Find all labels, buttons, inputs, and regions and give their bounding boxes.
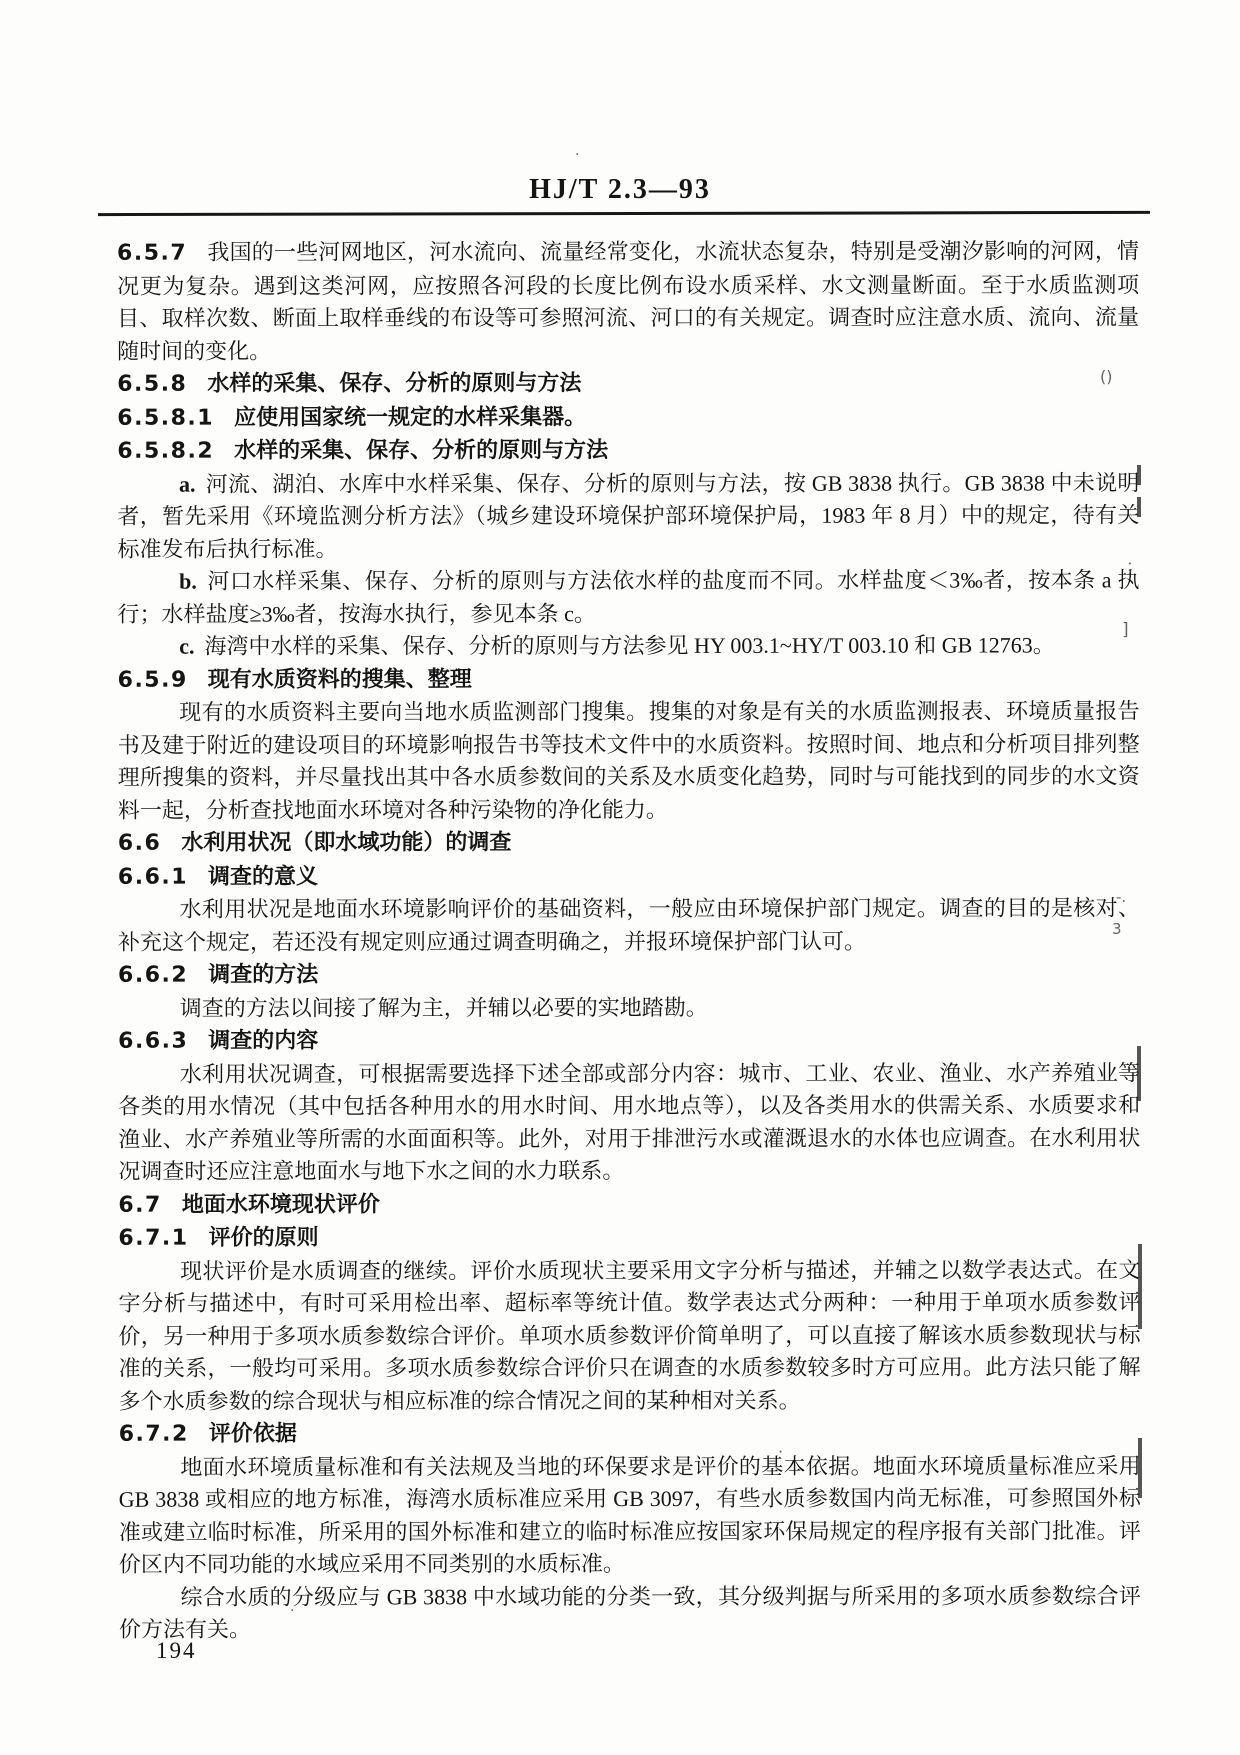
clause-block: 6.7.2评价依据 <box>119 1416 1141 1451</box>
block-text: 地面水环境现状评价 <box>182 1191 380 1216</box>
block-text: 海湾中水样的采集、保存、分析的原则与方法参见 HY 003.1~HY/T 003… <box>204 632 1054 658</box>
scan-edge-bleed <box>1137 465 1141 485</box>
clause-block: 6.5.8.2水样的采集、保存、分析的原则与方法 <box>117 433 1139 468</box>
clause-number: 6.7.2 <box>119 1422 189 1447</box>
scan-edge-bleed <box>1138 1244 1142 1329</box>
paragraph: 调查的方法以间接了解为主，并辅以必要的实地踏勘。 <box>118 991 1140 1025</box>
paragraph: 现状评价是水质调查的继续。评价水质现状主要采用文字分析与描述，并辅之以数学表达式… <box>118 1254 1140 1418</box>
scan-artifact: · <box>575 148 579 162</box>
block-text: 我国的一些河网地区，河水流向、流量经常变化，水流状态复杂，特别是受潮汐影响的河网… <box>117 238 1139 363</box>
block-text: 调查的方法 <box>208 961 318 986</box>
block-text: 河流、湖泊、水库中水样采集、保存、分析的原则与方法，按 GB 3838 执行。G… <box>117 470 1139 561</box>
block-text: 水样的采集、保存、分析的原则与方法 <box>234 437 608 463</box>
block-text: 水样的采集、保存、分析的原则与方法 <box>207 370 581 396</box>
block-text: 综合水质的分级应与 GB 3838 中水域功能的分类一致，其分级判据与所采用的多… <box>119 1583 1141 1642</box>
block-text: 现有的水质资料主要向当地水质监测部门搜集。搜集的对象是有关的水质监测报表、环境质… <box>118 698 1140 822</box>
clause-block: 6.7.1评价的原则 <box>118 1220 1140 1255</box>
clause-number: 6.7.1 <box>118 1226 188 1251</box>
clause-block: 6.6.3调查的内容 <box>118 1023 1140 1058</box>
clause-block: 6.6.1调查的意义 <box>118 859 1140 894</box>
clause-block: 6.6水利用状况（即水域功能）的调查 <box>118 825 1140 860</box>
clause-number: 6.5.9 <box>118 667 188 692</box>
scan-artifact: ； <box>1126 559 1143 576</box>
block-text: 应使用国家统一规定的水样采集器。 <box>234 404 586 429</box>
block-text: 现有水质资料的搜集、整理 <box>208 666 472 691</box>
list-item: c.海湾中水样的采集、保存、分析的原则与方法参见 HY 003.1~HY/T 0… <box>118 629 1140 663</box>
block-text: 水利用状况调查，可根据需要选择下述全部或部分内容：城市、工业、农业、渔业、水产养… <box>118 1060 1140 1184</box>
clause-number: 6.5.8.2 <box>117 439 214 464</box>
block-text: 评价的原则 <box>209 1224 319 1249</box>
list-marker: b. <box>179 569 197 594</box>
scan-artifact: · <box>778 1444 783 1460</box>
block-text: 地面水环境质量标准和有关法规及当地的环保要求是评价的基本依据。地面水环境质量标准… <box>119 1453 1141 1577</box>
paragraph: 地面水环境质量标准和有关法规及当地的环保要求是评价的基本依据。地面水环境质量标准… <box>119 1450 1141 1581</box>
clause-number: 6.6 <box>118 831 162 856</box>
block-text: 水利用状况（即水域功能）的调查 <box>181 829 511 854</box>
content: 6.5.7我国的一些河网地区，河水流向、流量经常变化，水流状态复杂，特别是受潮汐… <box>117 235 1141 1646</box>
clause-number: 6.5.8 <box>117 372 187 397</box>
clause-number: 6.6.2 <box>118 963 188 988</box>
paragraph: 水利用状况是地面水环境影响评价的基础资料，一般应由环境保护部门规定。调查的目的是… <box>118 892 1140 958</box>
clause-number: 6.6.1 <box>118 864 188 889</box>
header-rule <box>98 211 1150 216</box>
standard-code-header: HJ/T 2.3—93 <box>0 174 1240 206</box>
list-item: b.河口水样采集、保存、分析的原则与方法依水样的盐度而不同。水样盐度＜3‰者，按… <box>117 564 1139 630</box>
clause-number: 6.6.3 <box>118 1029 188 1054</box>
clause-block: 6.5.8.1应使用国家统一规定的水样采集器。 <box>117 400 1139 435</box>
clause-block: 6.7地面水环境现状评价 <box>118 1187 1140 1222</box>
list-item: a.河流、湖泊、水库中水样采集、保存、分析的原则与方法，按 GB 3838 执行… <box>117 467 1139 566</box>
paragraph: 现有的水质资料主要向当地水质监测部门搜集。搜集的对象是有关的水质监测报表、环境质… <box>118 695 1140 826</box>
document-page: HJ/T 2.3—93 6.5.7我国的一些河网地区，河水流向、流量经常变化，水… <box>0 0 1240 1755</box>
scan-edge-bleed <box>1138 1438 1142 1498</box>
list-marker: a. <box>179 471 196 496</box>
paragraph: 综合水质的分级应与 GB 3838 中水域功能的分类一致，其分级判据与所采用的多… <box>119 1580 1141 1646</box>
clause-block: 6.6.2调查的方法 <box>118 957 1140 992</box>
scan-artifact: () <box>1100 369 1112 385</box>
paragraph: 水利用状况调查，可根据需要选择下述全部或部分内容：城市、工业、农业、渔业、水产养… <box>118 1057 1140 1188</box>
block-text: 调查的意义 <box>208 863 318 888</box>
scan-artifact: ˉ <box>1128 776 1138 796</box>
block-text: 河口水样采集、保存、分析的原则与方法依水样的盐度而不同。水样盐度＜3‰者，按本条… <box>118 567 1140 626</box>
scan-artifact: · <box>290 1604 294 1618</box>
clause-number: 6.5.7 <box>117 241 187 266</box>
scan-edge-bleed <box>1137 1046 1141 1101</box>
clause-number: 6.5.8.1 <box>117 405 214 430</box>
clause-block: 6.5.7我国的一些河网地区，河水流向、流量经常变化，水流状态复杂，特别是受潮汐… <box>117 235 1139 367</box>
block-text: 调查的方法以间接了解为主，并辅以必要的实地踏勘。 <box>180 994 708 1020</box>
block-text: 现状评价是水质调查的继续。评价水质现状主要采用文字分析与描述，并辅之以数学表达式… <box>118 1257 1140 1413</box>
clause-number: 6.7 <box>118 1192 162 1217</box>
page-number: 194 <box>156 1638 197 1664</box>
clause-block: 6.5.9现有水质资料的搜集、整理 <box>118 662 1140 697</box>
scan-artifact: ] <box>1122 622 1129 639</box>
block-text: 水利用状况是地面水环境影响评价的基础资料，一般应由环境保护部门规定。调查的目的是… <box>118 895 1140 954</box>
clause-block: 6.5.8水样的采集、保存、分析的原则与方法 <box>117 366 1139 401</box>
scan-artifact: 3 <box>1112 922 1122 937</box>
scan-edge-bleed <box>1137 497 1141 517</box>
block-text: 调查的内容 <box>208 1027 318 1052</box>
scan-artifact: -. <box>1116 890 1126 905</box>
block-text: 评价依据 <box>209 1420 297 1445</box>
list-marker: c. <box>179 634 194 659</box>
